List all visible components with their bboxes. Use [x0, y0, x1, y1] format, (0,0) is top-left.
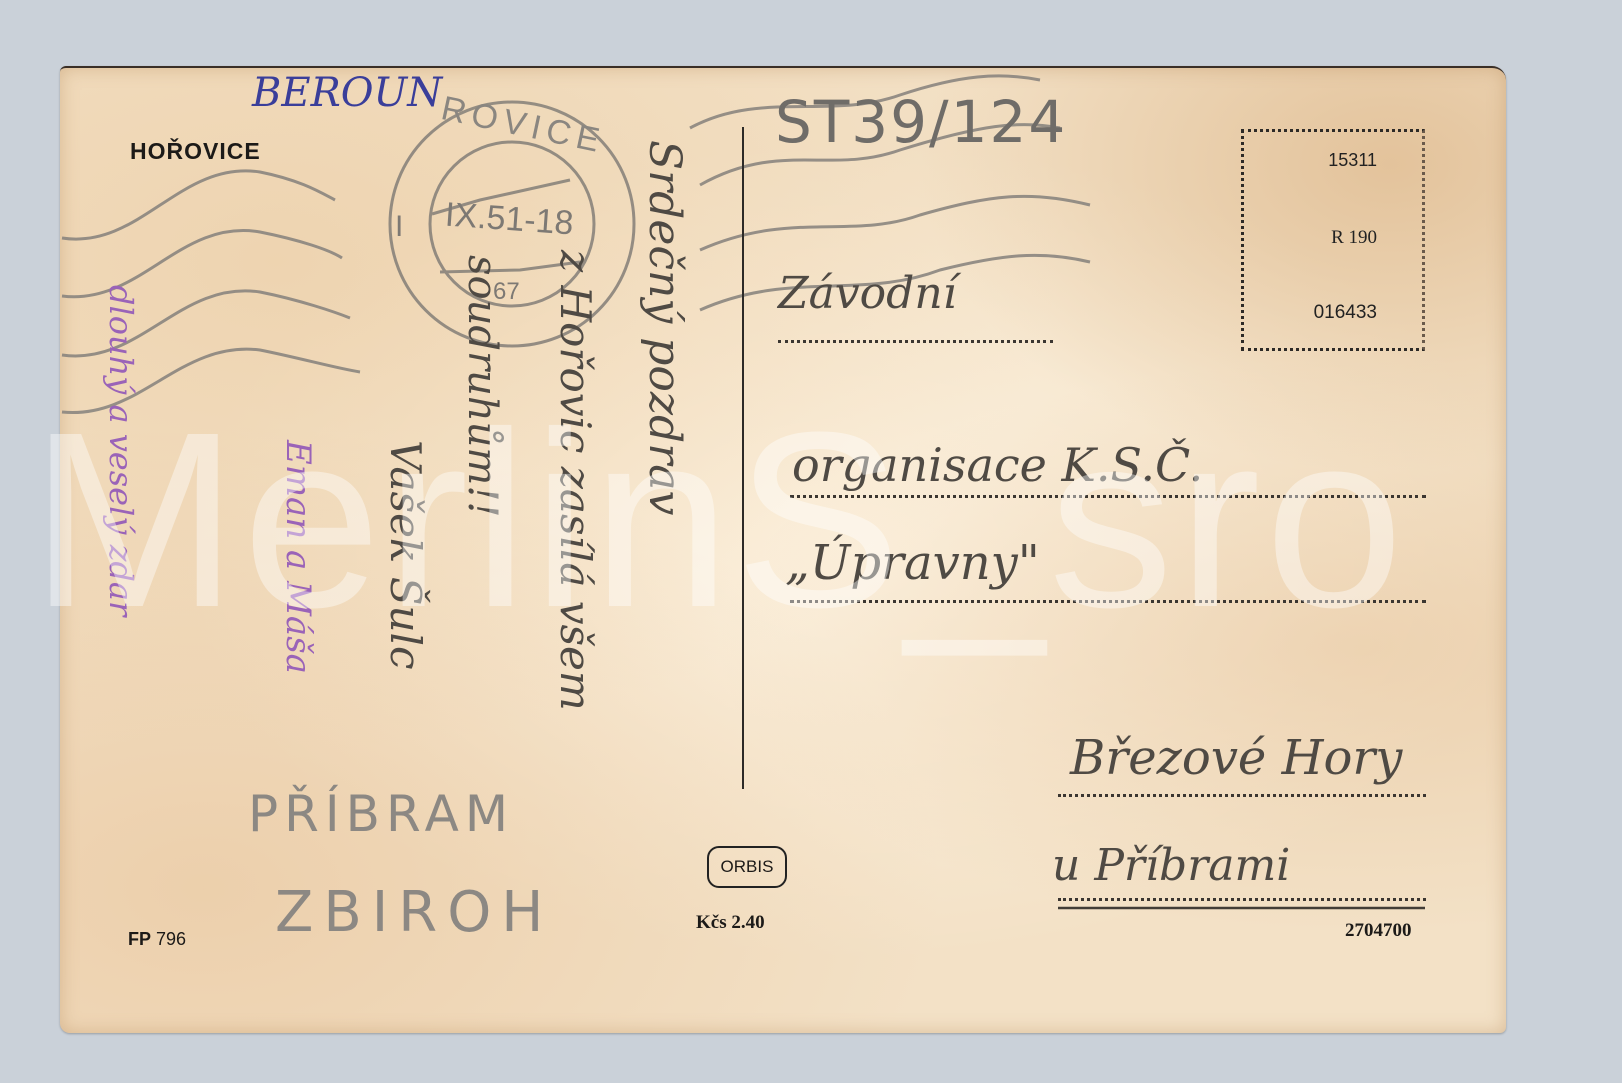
stamp-box-line2: R 190: [1331, 227, 1377, 249]
message-line2: z Hořovic zasílá všem: [551, 250, 600, 711]
address-rule-3: [790, 600, 1426, 603]
address-line3: „Úpravny": [785, 535, 1040, 591]
message-violet-line1: Eman a Máša: [278, 440, 318, 674]
catalog-number-value: 796: [156, 929, 186, 949]
message-line3: soudruhům!!: [459, 255, 505, 517]
message-line1: Srdečný pozdrav: [639, 140, 690, 515]
center-divider: [742, 127, 744, 789]
catalog-number: FP 796: [128, 929, 186, 950]
message-violet-line2: dlouhý a veselý zdar: [102, 285, 140, 616]
address-rule-1: [778, 340, 1053, 343]
stamp-box-line3: 016433: [1314, 302, 1377, 324]
annotation-pribram: PŘÍBRAM: [248, 785, 514, 843]
address-line2: organisace K.S.Č.: [792, 438, 1203, 492]
address-line1: Závodní: [778, 268, 957, 319]
address-line5: u Příbrami: [1052, 840, 1290, 891]
address-line4: Březové Hory: [1070, 730, 1402, 786]
annotation-beroun: BEROUN: [252, 70, 442, 116]
orbis-logo: ORBIS: [707, 846, 787, 888]
address-rule-4: [1058, 794, 1426, 797]
stamp-box-line1: 15311: [1328, 150, 1377, 171]
address-rule-2: [790, 495, 1426, 498]
orbis-logo-text: ORBIS: [721, 857, 774, 877]
annotation-reference: ST39/124: [775, 88, 1067, 156]
annotation-zbiroh: ZBIROH: [275, 880, 553, 945]
price-label: Kčs 2.40: [696, 912, 765, 934]
message-signature: Vašek Šulc: [381, 440, 430, 670]
postmark-prefix: I: [395, 210, 403, 244]
catalog-prefix: FP: [128, 929, 151, 949]
stamp-box: 15311 R 190 016433: [1241, 129, 1425, 351]
place-title: HOŘOVICE: [130, 138, 261, 165]
serial-number: 2704700: [1345, 920, 1412, 942]
address-rule-5: [1058, 898, 1426, 901]
